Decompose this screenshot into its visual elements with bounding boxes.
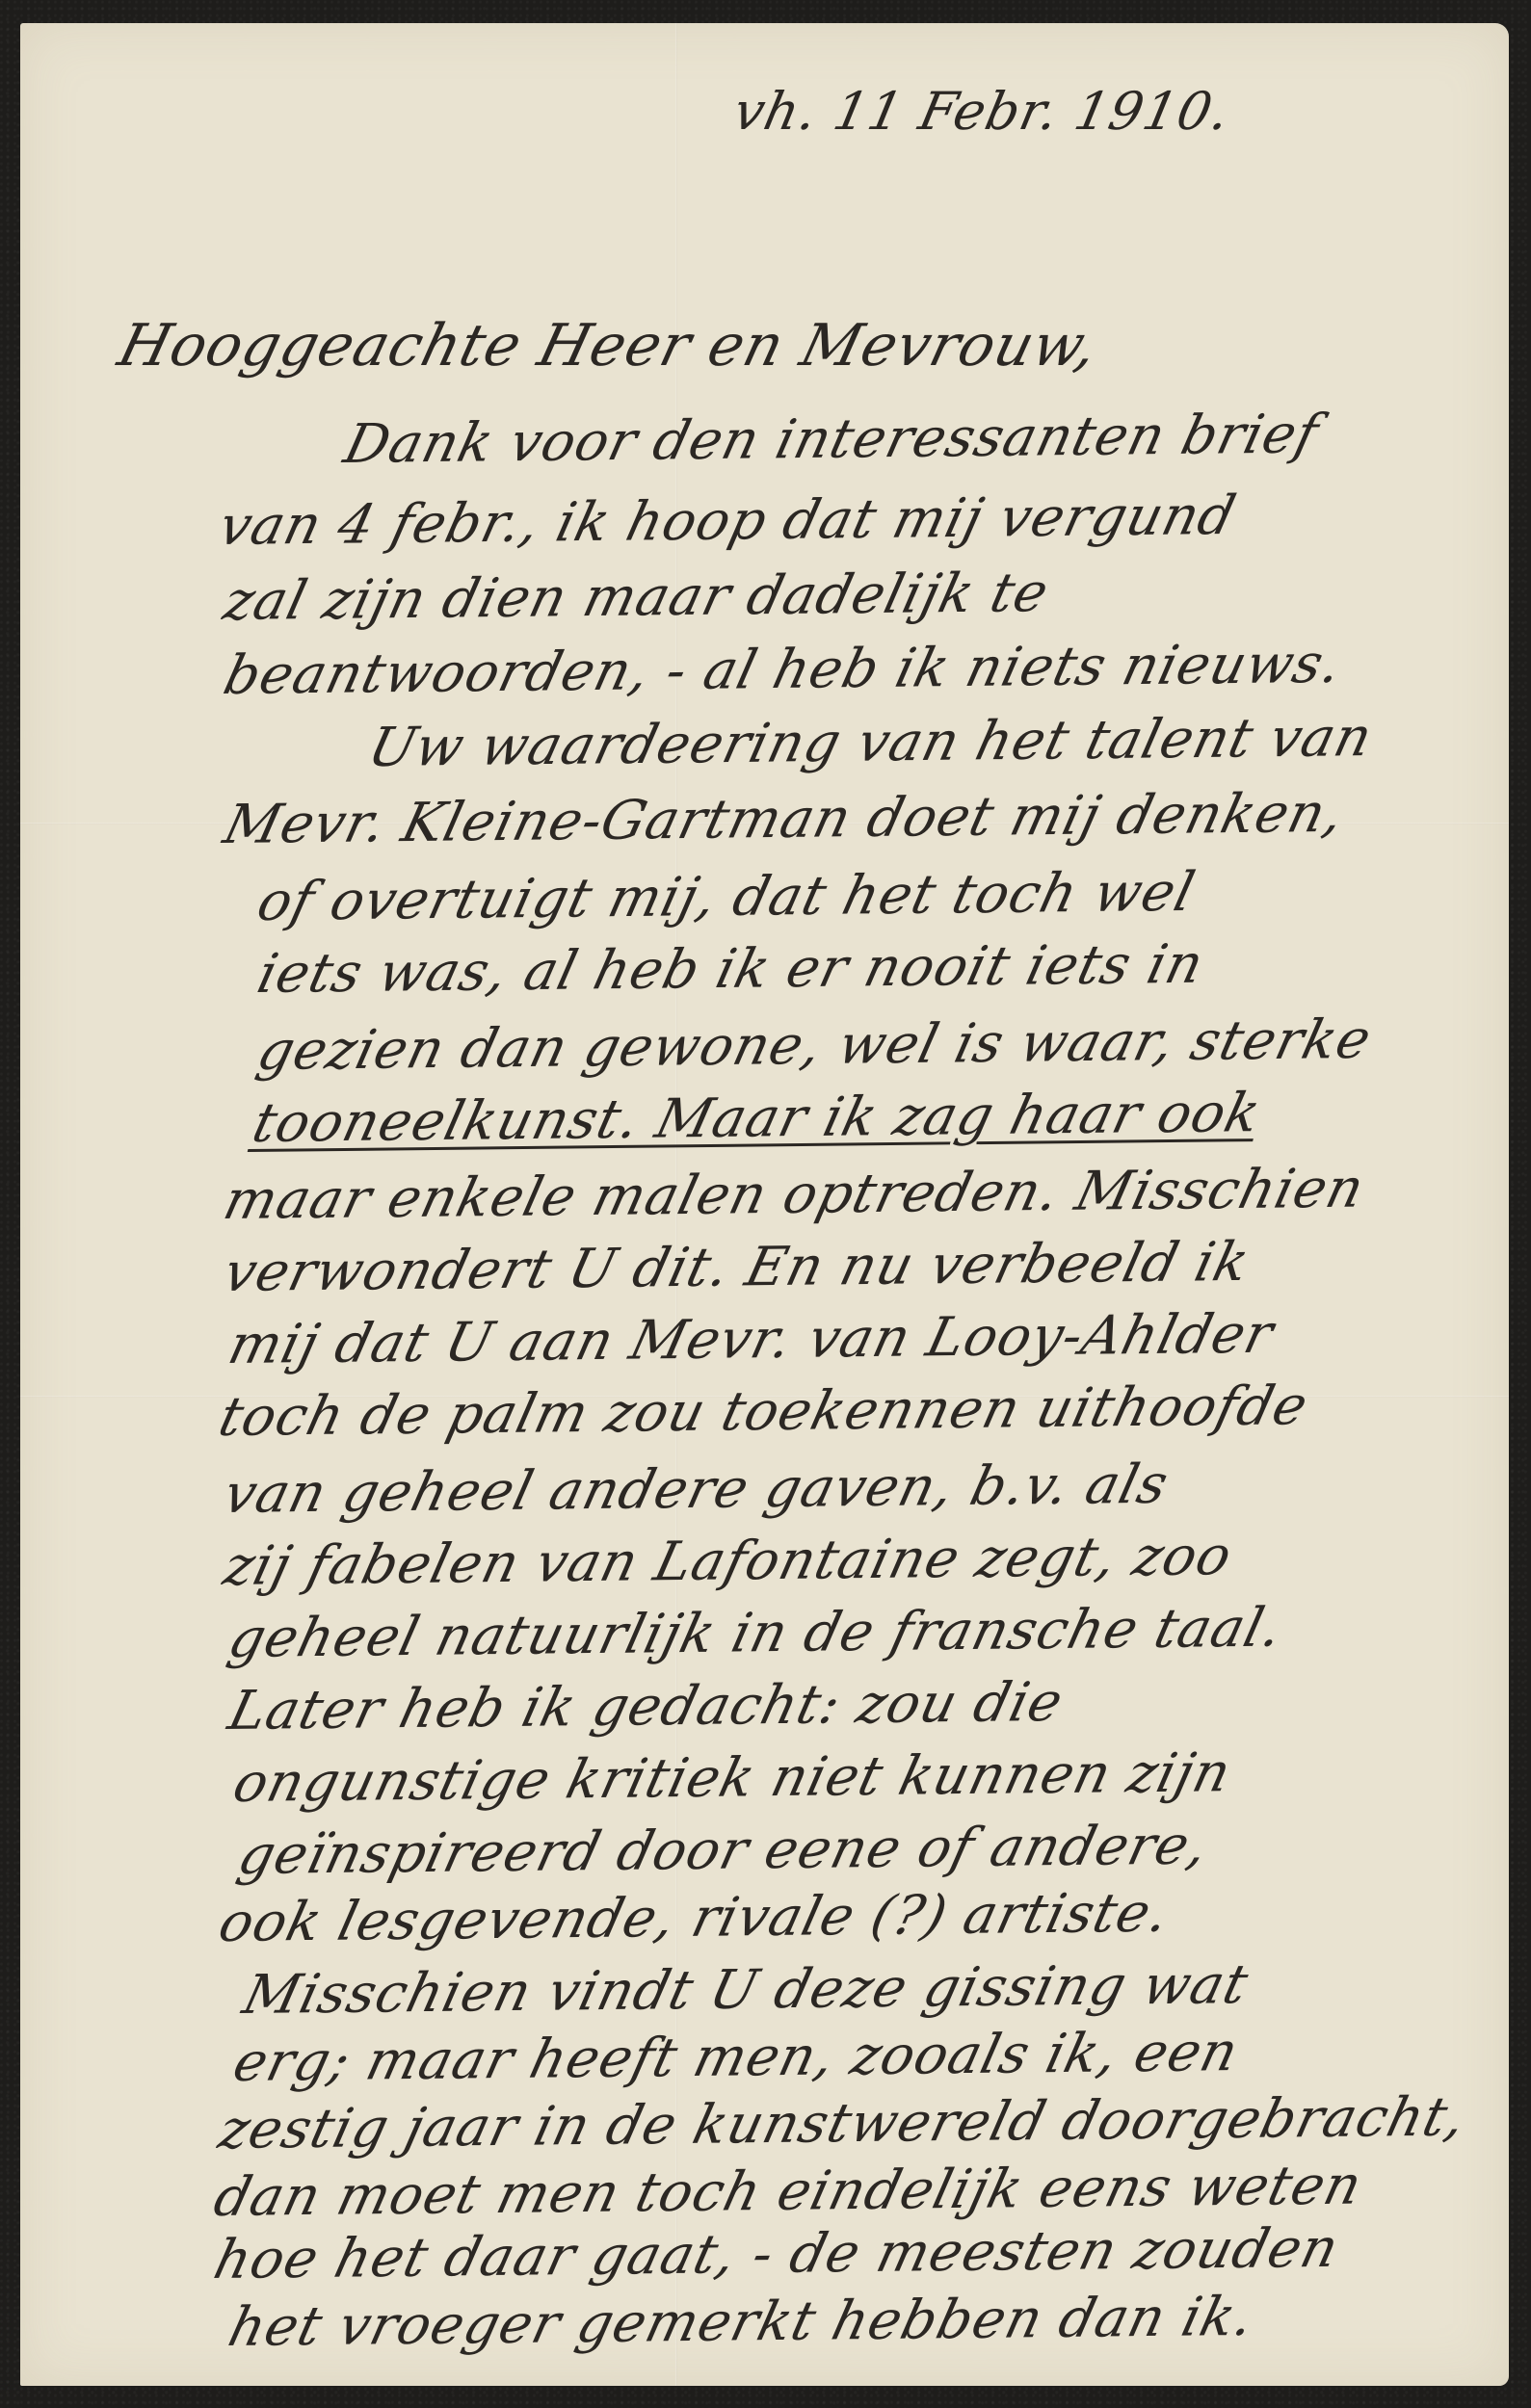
letter-line: dan moet men toch eindelijk eens weten [208, 2155, 1368, 2229]
letter-line: verwondert U dit. En nu verbeeld ik [218, 1231, 1255, 1304]
letter-line: ongunstige kritiek niet kunnen zijn [227, 1741, 1237, 1815]
letter-line: geheel natuurlijk in de fransche taal. [223, 1597, 1289, 1670]
letter-line: geïnspireerd door eene of andere, [232, 1815, 1215, 1887]
letter-date: vh. 11 Febr. 1910. [728, 81, 1236, 142]
letter-line: zestig jaar in de kunstwereld doorgebrac… [213, 2086, 1472, 2161]
letter-line: beantwoorden, - al heb ik niets nieuws. [218, 633, 1348, 707]
letter-line: gezien dan gewone, wel is waar, sterke [251, 1008, 1378, 1083]
letter-line: toch de palm zou toekennen uithoofde [213, 1374, 1314, 1449]
letter-line: mij dat U aan Mevr. van Looy-Ahlder [223, 1303, 1280, 1376]
letter-salutation: Hooggeachte Heer en Mevrouw, [112, 312, 1105, 380]
letter-line: van 4 febr., ik hoop dat mij vergund [213, 484, 1242, 558]
letter-line: ook lesgevende, rivale (?) artiste. [213, 1882, 1175, 1954]
letter-line: maar enkele malen optreden. Misschien [218, 1158, 1370, 1232]
letter-line: Later heb ik gedacht: zou die [223, 1671, 1069, 1742]
letter-line: Misschien vindt U deze gissing wat [237, 1953, 1254, 2027]
letter-line: of overtuigt mij, dat het toch wel [251, 861, 1201, 933]
letter-line: zal zijn dien maar dadelijk te [218, 562, 1055, 633]
letter-page: vh. 11 Febr. 1910. Hooggeachte Heer en M… [20, 23, 1509, 2386]
letter-line: Mevr. Kleine-Gartman doet mij denken, [218, 782, 1351, 856]
letter-line: Dank voor den interessanten brief [338, 403, 1325, 476]
letter-line: tooneelkunst. Maar ik zag haar ook [247, 1082, 1267, 1155]
letter-line: erg; maar heeft men, zooals ik, een [227, 2021, 1245, 2094]
letter-line: iets was, al heb ik er nooit iets in [251, 933, 1210, 1006]
letter-line: Uw waardeering van het talent van [362, 706, 1379, 779]
letter-line: hoe het daar gaat, - de meesten zouden [208, 2217, 1345, 2291]
letter-line: van geheel andere gaven, b.v. als [218, 1453, 1175, 1526]
letter-line: het vroeger gemerkt hebben dan ik. [223, 2286, 1260, 2359]
letter-line: zij fabelen van Lafontaine zegt, zoo [218, 1525, 1238, 1598]
